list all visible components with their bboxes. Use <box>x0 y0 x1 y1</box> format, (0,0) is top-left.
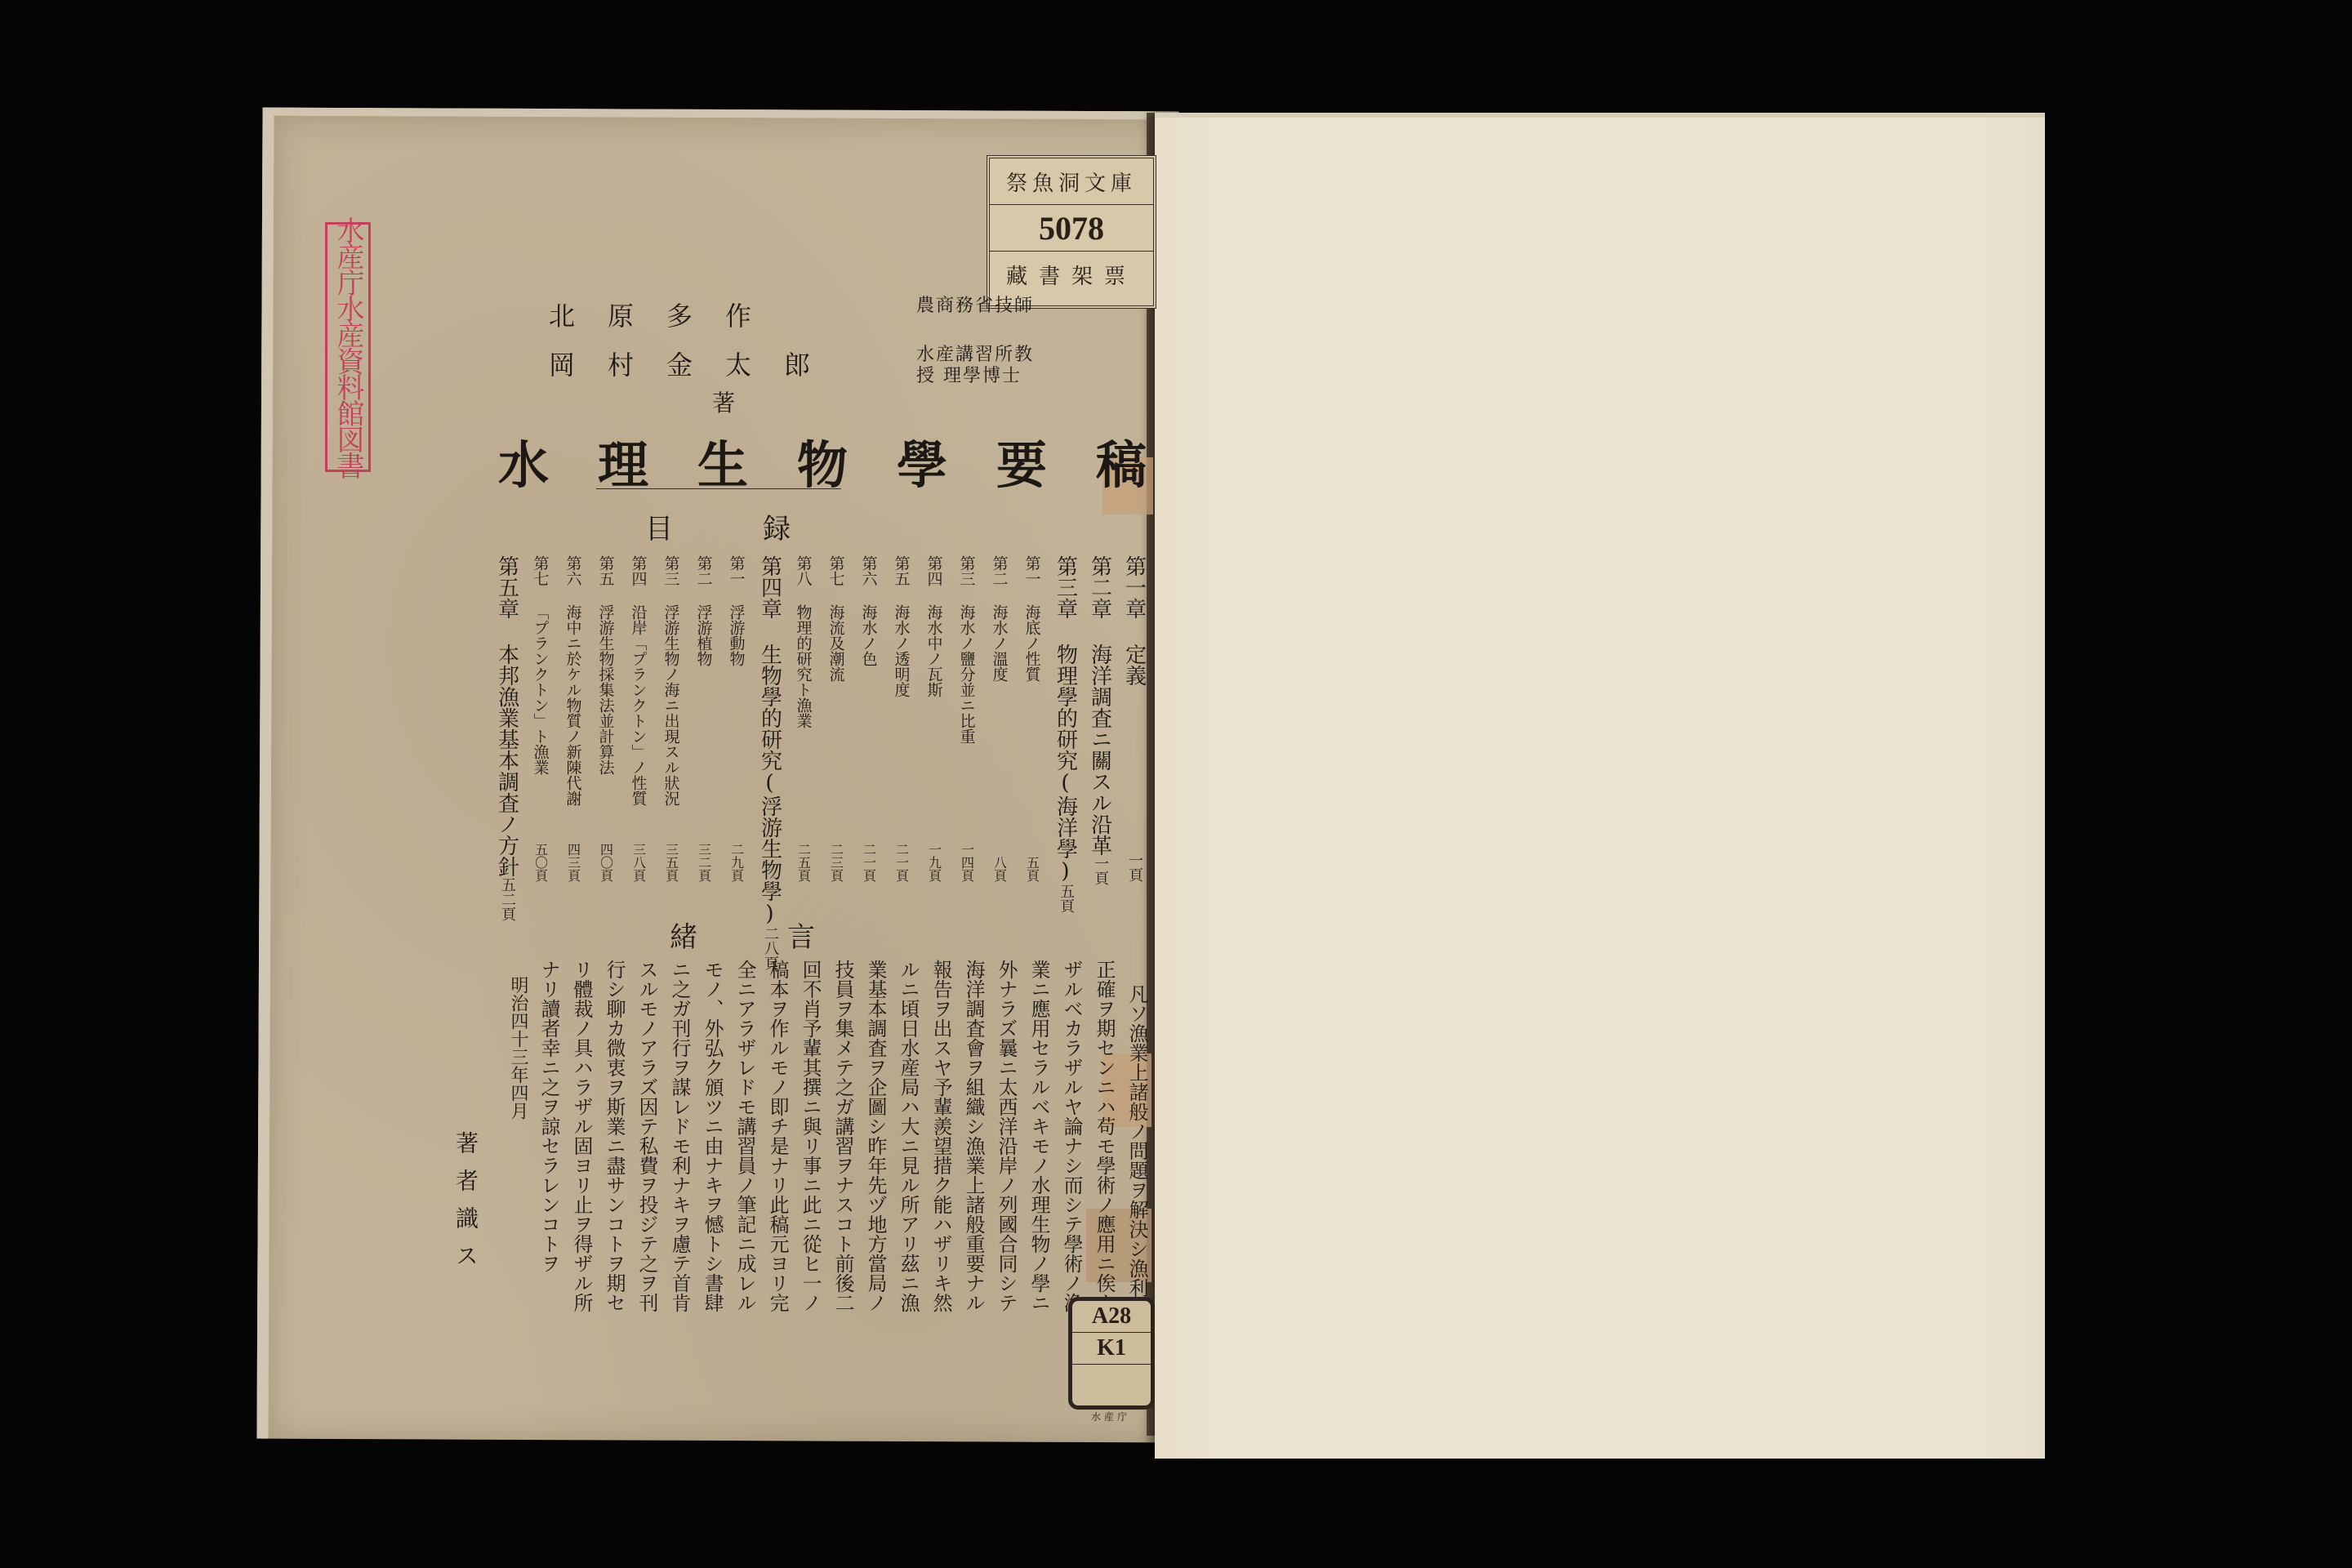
preface-line: 業ニ應用セラルベキモノ水理生物ノ學ニ <box>1021 960 1053 1319</box>
toc-entry: 第七 「プランクトン」ト漁業五〇頁 <box>524 555 557 882</box>
right-page-blank <box>1155 113 2045 1459</box>
toc-entry: 第二 浮游植物三二頁 <box>688 555 720 882</box>
toc-entry: 第七 海流及潮流二三頁 <box>820 555 853 882</box>
toc-entry-label: 第五 浮游生物採集法並計算法 <box>595 555 617 775</box>
preface-line: ルニ頃日水産局ハ大ニ見ル所アリ茲ニ漁 <box>890 960 923 1319</box>
toc-entry-page: 五頁 <box>1023 856 1042 882</box>
toc-entry-page: 二五頁 <box>795 843 813 882</box>
author-name: 岡村金太郎 <box>549 345 916 382</box>
toc-entry-page: 二九頁 <box>728 843 746 882</box>
toc-entry-label: 第四 沿岸「プランクトン」ノ性質 <box>628 555 650 806</box>
toc-entry-label: 第二 浮游植物 <box>693 555 715 666</box>
toc-entry: 第四 海水中ノ瓦斯一九頁 <box>918 555 951 882</box>
preface-line: 報告ヲ出スヤ予輩羨望措ク能ハザリキ然 <box>923 960 955 1319</box>
call-number-footer: 水産庁 <box>1068 1410 1153 1423</box>
toc-entry-label: 第四 海水中ノ瓦斯 <box>924 555 946 697</box>
toc-entry-label: 第三 浮游生物ノ海ニ出現スル狀況 <box>661 555 683 806</box>
author-position: 水産講習所教授 理學博士 <box>916 345 1039 388</box>
toc-entry: 第一 浮游動物二九頁 <box>720 555 753 882</box>
toc-entry: 第四 沿岸「プランクトン」ノ性質三八頁 <box>622 555 655 882</box>
toc-entry-page: 五二頁 <box>497 877 518 921</box>
toc-entry: 第五章 本邦漁業基本調査ノ方針五二頁 <box>490 555 524 882</box>
toc-entry-page: 五頁 <box>1055 884 1076 913</box>
toc-entry-label: 第六 海中ニ於ケル物質ノ新陳代謝 <box>563 555 585 806</box>
toc-entry: 第二 海水ノ溫度八頁 <box>983 555 1016 882</box>
author-line: 北原多作 農商務省技師 <box>549 296 1039 333</box>
preface-line: 行シ聊カ微衷ヲ斯業ニ盡サンコトヲ期セ <box>596 960 629 1319</box>
preface-heading: 緒言 <box>670 915 905 955</box>
authors-block: 北原多作 農商務省技師 岡村金太郎 水産講習所教授 理學博士 <box>549 296 1039 399</box>
call-number-line2: K1 <box>1072 1333 1151 1365</box>
toc-entry: 第一章 定義一頁 <box>1117 555 1151 882</box>
toc-entry: 第三 海水ノ鹽分並ニ比重一四頁 <box>951 555 983 882</box>
author-line: 岡村金太郎 水産講習所教授 理學博士 <box>549 345 1039 388</box>
toc-entry-page: 一四頁 <box>958 843 977 882</box>
toc-entry-page: 四〇頁 <box>597 843 616 882</box>
preface-line: 外ナラズ曩ニ太西洋沿岸ノ列國合同シテ <box>988 960 1021 1319</box>
book-title: 水理生物學要稿 <box>498 425 1196 497</box>
preface-line: ナリ讀者幸ニ之ヲ諒セラレンコトヲ <box>531 960 563 1319</box>
toc-entry-label: 第一 海底ノ性質 <box>1022 555 1044 682</box>
call-number-line3 <box>1072 1365 1151 1396</box>
preface-line: ニ之ガ刊行ヲ謀レドモ利ナキヲ慮テ首肯 <box>661 960 694 1319</box>
toc-entry-page: 二一頁 <box>893 843 911 882</box>
toc-entry-page: 一頁 <box>1124 853 1145 882</box>
toc-entry: 第一 海底ノ性質五頁 <box>1016 555 1049 882</box>
preface-line: 稿本ヲ作ルモノ即チ是ナリ此稿元ヨリ完 <box>759 960 792 1319</box>
shelf-label-number: 5078 <box>990 205 1153 252</box>
toc-entry-label: 第五章 本邦漁業基本調査ノ方針 <box>492 555 523 877</box>
toc-entry-page: 一九頁 <box>925 843 944 882</box>
toc-entry-label: 第三 海水ノ鹽分並ニ比重 <box>956 555 978 744</box>
toc-entry: 第三章 物理學的研究(海洋學)五頁 <box>1049 555 1083 882</box>
preface-body: 凡ソ漁業上諸般ノ問題ヲ解決シ漁利ノ正確ヲ期センニハ苟モ學術ノ應用ニ俟タザルベカラ… <box>433 960 1151 1343</box>
author-position: 農商務省技師 <box>916 296 1034 317</box>
toc-entry-page: 三二頁 <box>695 843 714 882</box>
author-mark: 著 <box>712 385 735 418</box>
toc-entry-page: 八頁 <box>991 856 1009 882</box>
toc-entry: 第二章 海洋調査ニ關スル沿革一頁 <box>1083 555 1117 882</box>
table-of-contents: 第一章 定義一頁第二章 海洋調査ニ關スル沿革一頁第三章 物理學的研究(海洋學)五… <box>490 555 1151 882</box>
preface-line: ザルベカラザルヤ論ナシ而シテ學術ノ漁 <box>1053 960 1086 1319</box>
toc-entry: 第四章 生物學的研究(浮游生物學)二八頁 <box>753 555 787 882</box>
toc-entry-label: 第五 海水ノ透明度 <box>891 555 913 697</box>
author-name: 北原多作 <box>549 296 916 333</box>
toc-entry-page: 三八頁 <box>630 843 648 882</box>
shelf-label-collection: 祭魚洞文庫 <box>990 158 1153 205</box>
toc-entry-label: 第一 浮游動物 <box>726 555 748 666</box>
toc-entry-page: 五〇頁 <box>532 843 550 882</box>
toc-entry-page: 四三頁 <box>564 843 583 882</box>
preface-line: 海洋調査會ヲ組織シ漁業上諸般重要ナル <box>955 960 988 1319</box>
toc-entry-label: 第四章 生物學的研究(浮游生物學) <box>755 555 786 926</box>
preface-date: 明治四十三年四月 <box>482 960 531 1343</box>
call-number-line1: A28 <box>1072 1301 1151 1333</box>
toc-entry: 第五 海水ノ透明度二一頁 <box>885 555 918 882</box>
toc-entry-label: 第七 「プランクトン」ト漁業 <box>530 555 552 775</box>
shelf-label: 祭魚洞文庫 5078 藏書架票 <box>987 155 1156 309</box>
toc-entry-page: 二一頁 <box>860 843 879 882</box>
preface-line: リ體裁ノ具ハラザル固ヨリ止ヲ得ザル所 <box>563 960 596 1319</box>
toc-heading: 目録 <box>645 506 880 546</box>
preface-line: 業基本調査ヲ企圖シ昨年先ヅ地方當局ノ <box>857 960 890 1319</box>
preface-line: 回不肖予輩其撰ニ與リ事ニ此ニ從ヒ一ノ <box>792 960 825 1319</box>
toc-entry-label: 第二章 海洋調査ニ關スル沿革 <box>1085 555 1116 856</box>
toc-entry-label: 第一章 定義 <box>1120 555 1150 686</box>
title-divider <box>596 488 841 489</box>
preface-line: 凡ソ漁業上諸般ノ問題ヲ解決シ漁利ノ <box>1119 960 1151 1343</box>
toc-entry: 第六 海水ノ色二一頁 <box>853 555 885 882</box>
toc-entry: 第五 浮游生物採集法並計算法四〇頁 <box>590 555 622 882</box>
preface-line: 正確ヲ期センニハ苟モ學術ノ應用ニ俟タ <box>1086 960 1119 1319</box>
toc-entry-page: 一頁 <box>1089 856 1111 885</box>
toc-entry-label: 第八 物理的研究ト漁業 <box>793 555 815 728</box>
toc-entry: 第六 海中ニ於ケル物質ノ新陳代謝四三頁 <box>557 555 590 882</box>
preface-line: 技員ヲ集メテ之ガ講習ヲナスコト前後二 <box>825 960 857 1319</box>
toc-entry-label: 第三章 物理學的研究(海洋學) <box>1051 555 1081 884</box>
preface-line: モノ、外弘ク頒ツニ由ナキヲ憾トシ書肆 <box>694 960 727 1319</box>
library-stamp: 水産庁水産資料館図書 <box>325 222 371 472</box>
toc-entry-label: 第二 海水ノ溫度 <box>989 555 1011 682</box>
preface-signature: 著者識ス <box>433 960 482 1343</box>
preface-line: スルモノアラズ因テ私費ヲ投ジテ之ヲ刊 <box>629 960 661 1319</box>
toc-entry-label: 第六 海水ノ色 <box>858 555 880 666</box>
preface-line: 全ニアラザレドモ講習員ノ筆記ニ成レル <box>727 960 759 1319</box>
call-number-label: A28 K1 水産庁 <box>1068 1297 1153 1419</box>
shelf-label-caption: 藏書架票 <box>990 252 1153 297</box>
toc-entry-page: 三五頁 <box>662 843 681 882</box>
toc-entry-page: 二三頁 <box>827 843 846 882</box>
toc-entry: 第三 浮游生物ノ海ニ出現スル狀況三五頁 <box>655 555 688 882</box>
toc-entry-label: 第七 海流及潮流 <box>826 555 848 682</box>
toc-entry: 第八 物理的研究ト漁業二五頁 <box>787 555 820 882</box>
